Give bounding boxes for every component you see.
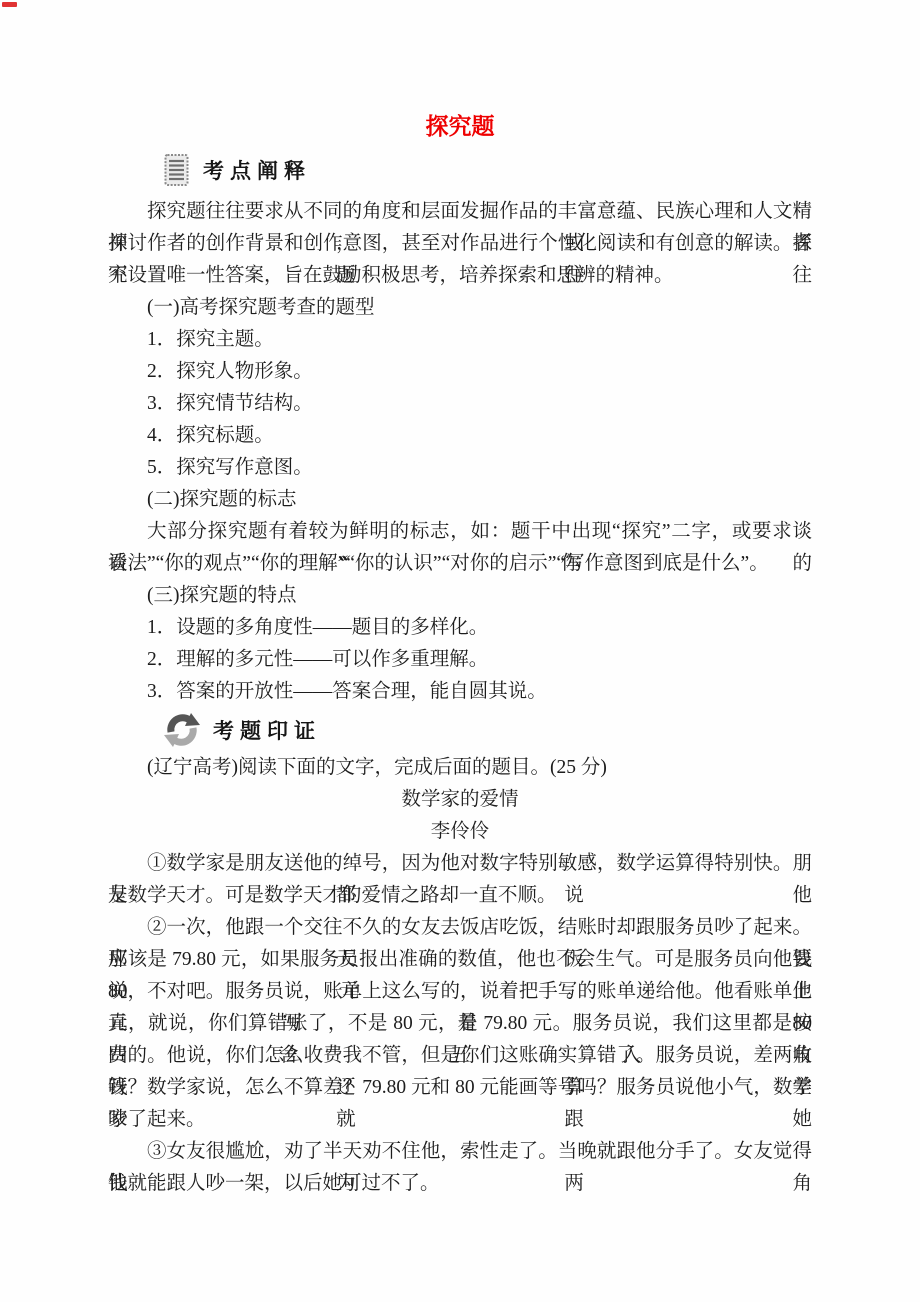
text-line: 数学家的爱情 — [108, 784, 812, 816]
notepad-icon — [164, 153, 190, 187]
text-line: 探究题往往要求从不同的角度和层面发掘作品的丰富意蕴、民族心理和人文精神，或者 — [108, 196, 812, 228]
swirl-arrows-icon — [164, 711, 200, 749]
text-line: (三)探究题的特点 — [108, 580, 812, 612]
text-line: (一)高考探究题考查的题型 — [108, 292, 812, 324]
text-line: 应该是 79.80 元，如果服务员报出准确的数值，他也不会生气。可是服务员向他要… — [108, 944, 812, 976]
text-line: 说，不对吧。服务员说，账单上这么写的，说着把手写的账单递给他。他看账单上真写着 … — [108, 976, 812, 1008]
text-line: ③女友很尴尬，劝了半天劝不住他，索性走了。当晚就跟他分手了。女友觉得他为两角 — [108, 1136, 812, 1168]
page-title: 探究题 — [108, 110, 812, 144]
section-kaoti-body: (辽宁高考)阅读下面的文字，完成后面的题目。(25 分)数学家的爱情李伶伶①数学… — [108, 752, 812, 1200]
section-header-label: 考题印证 — [213, 715, 321, 745]
text-line: 探讨作者的创作背景和创作意图，甚至对作品进行个性化阅读和有创意的解读。探究题往往 — [108, 228, 812, 260]
section-header-label: 考点阐释 — [203, 155, 311, 185]
section-kaodian-body: 探究题往往要求从不同的角度和层面发掘作品的丰富意蕴、民族心理和人文精神，或者探讨… — [108, 196, 812, 708]
text-line: 大部分探究题有着较为鲜明的标志，如：题干中出现“探究”二字，或要求谈谈“你的 — [108, 516, 812, 548]
document-page: 探究题 考点阐释 探究题往往要求从不同的角度和层面发掘作品的丰富意蕴、民族心理和… — [0, 0, 920, 1302]
text-line: 5．探究写作意图。 — [108, 452, 812, 484]
section-header-kaodian-chanshi: 考点阐释 — [164, 144, 812, 196]
text-line: (二)探究题的标志 — [108, 484, 812, 516]
text-line: 李伶伶 — [108, 816, 812, 848]
document-content: 探究题 考点阐释 探究题往往要求从不同的角度和层面发掘作品的丰富意蕴、民族心理和… — [108, 0, 812, 1200]
text-line: 1．探究主题。 — [108, 324, 812, 356]
text-line: 3．探究情节结构。 — [108, 388, 812, 420]
text-line: 2．探究人物形象。 — [108, 356, 812, 388]
text-line: ②一次，他跟一个交往不久的女友去饭店吃饭，结账时却跟服务员吵了起来。那天饭钱 — [108, 912, 812, 944]
text-line: 看法”“你的观点”“你的理解”“你的认识”“对你的启示”“写作意图到底是什么”。 — [108, 548, 812, 580]
text-line: 3．答案的开放性——答案合理，能自圆其说。 — [108, 676, 812, 708]
text-line: (辽宁高考)阅读下面的文字，完成后面的题目。(25 分) — [108, 752, 812, 784]
red-corner-mark — [2, 2, 17, 7]
text-line: 元，就说，你们算错账了，不是 80 元，是 79.80 元。服务员说，我们这里都… — [108, 1008, 812, 1040]
text-line: 呀？数学家说，怎么不算差？79.80 元和 80 元能画等号吗？服务员说他小气，… — [108, 1072, 812, 1104]
text-line: 费的。他说，你们怎么收费我不管，但是你们这账确实算错了。服务员说，差两角钱还算差 — [108, 1040, 812, 1072]
text-line: 1．设题的多角度性——题目的多样化。 — [108, 612, 812, 644]
text-line: ①数学家是朋友送他的绰号，因为他对数字特别敏感，数学运算得特别快。朋友都说他 — [108, 848, 812, 880]
text-line: 4．探究标题。 — [108, 420, 812, 452]
section-header-kaoti-yinzheng: 考题印证 — [164, 708, 812, 752]
text-line: 2．理解的多元性——可以作多重理解。 — [108, 644, 812, 676]
